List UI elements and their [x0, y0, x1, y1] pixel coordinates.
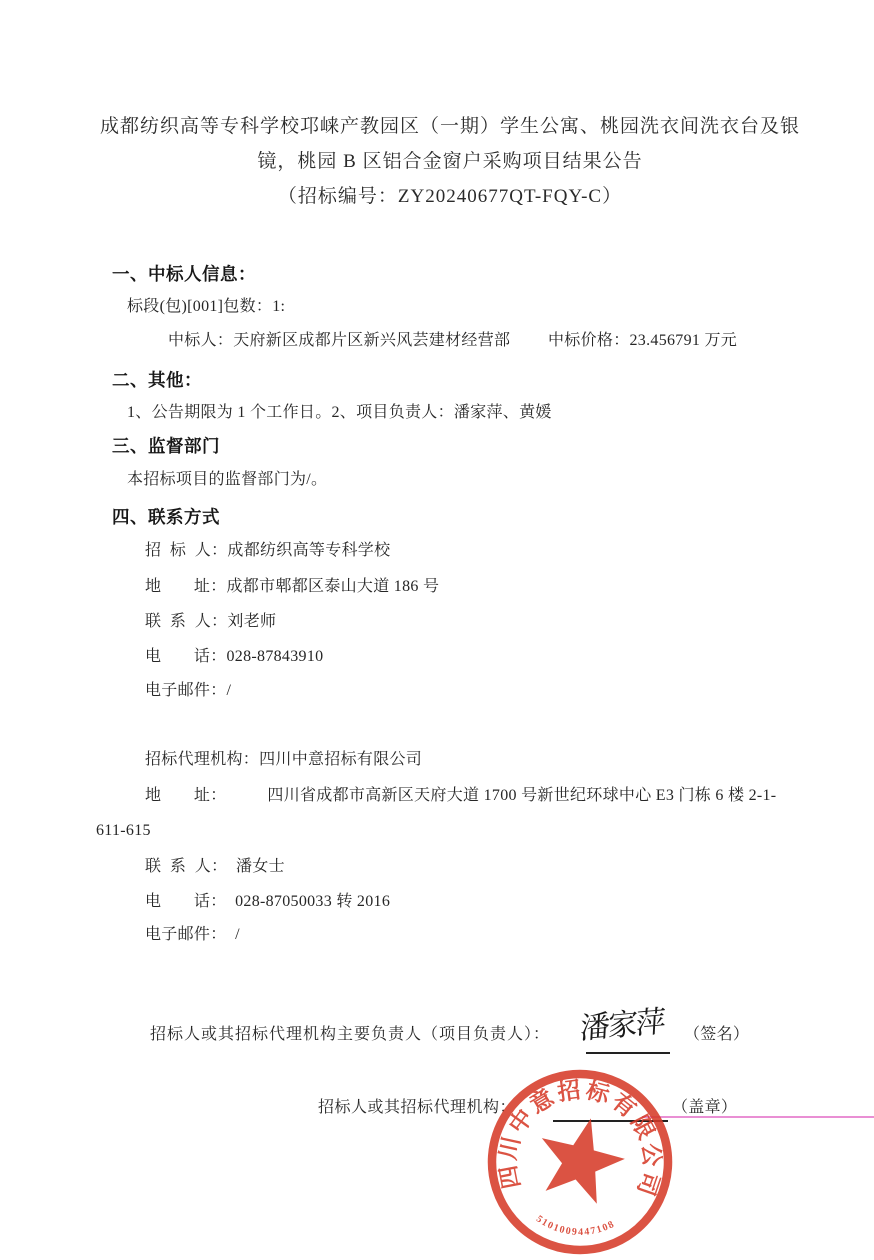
tenderer-name: 招 标 人：成都纺织高等专科学校: [145, 541, 390, 561]
title-line-1: 成都纺织高等专科学校邛崃产教园区（一期）学生公寓、桃园洗衣间洗衣台及银: [13, 111, 874, 138]
section-2-heading: 二、其他：: [112, 370, 202, 392]
supervision-dept: 本招标项目的监督部门为/。: [127, 470, 327, 490]
winner-name: 中标人：天府新区成都片区新兴风芸建材经营部: [168, 331, 510, 351]
agency-contact: 联 系 人： 潘女士: [145, 857, 285, 877]
section-1-heading: 一、中标人信息：: [112, 264, 256, 286]
principal-signoff-label: 招标人或其招标代理机构主要负责人（项目负责人）：: [150, 1025, 550, 1045]
seal-suffix: （盖章）: [672, 1098, 737, 1118]
tenderer-phone: 电 话：028-87843910: [145, 647, 323, 667]
signature-suffix: （签名）: [684, 1025, 749, 1045]
lot-info: 标段(包)[001]包数：1:: [127, 297, 285, 317]
seal-star-icon: [530, 1108, 633, 1208]
section-4-heading: 四、联系方式: [112, 507, 220, 529]
agency-email: 电子邮件： /: [145, 925, 240, 945]
handwritten-signature: 潘家萍: [579, 996, 665, 1048]
title-line-2: 镜，桃园 B 区铝合金窗户采购项目结果公告: [13, 146, 874, 173]
announcement-period: 1、公告期限为 1 个工作日。2、项目负责人：潘家萍、黄媛: [127, 403, 552, 423]
agency-address-line2: 611-615: [96, 821, 151, 841]
signature-underline: [586, 1052, 670, 1054]
section-3-heading: 三、监督部门: [112, 436, 220, 458]
document-page: 成都纺织高等专科学校邛崃产教园区（一期）学生公寓、桃园洗衣间洗衣台及银 镜，桃园…: [0, 0, 874, 1260]
tenderer-address: 地 址：成都市郫都区泰山大道 186 号: [145, 577, 439, 597]
tenderer-email: 电子邮件：/: [145, 681, 231, 701]
bid-number: （招标编号：ZY20240677QT-FQY-C）: [13, 181, 874, 208]
tenderer-contact: 联 系 人：刘老师: [145, 612, 276, 632]
agency-name: 招标代理机构：四川中意招标有限公司: [145, 750, 422, 770]
agency-address-line1: 地 址： 四川省成都市高新区天府大道 1700 号新世纪环球中心 E3 门栋 6…: [145, 786, 776, 806]
agency-phone: 电 话： 028-87050033 转 2016: [145, 892, 390, 912]
company-seal: 四川中意招标有限公司 5101009447108: [480, 1062, 680, 1260]
winning-price: 中标价格：23.456791 万元: [548, 331, 737, 351]
seal-serial-number: 5101009447108: [533, 1213, 617, 1241]
